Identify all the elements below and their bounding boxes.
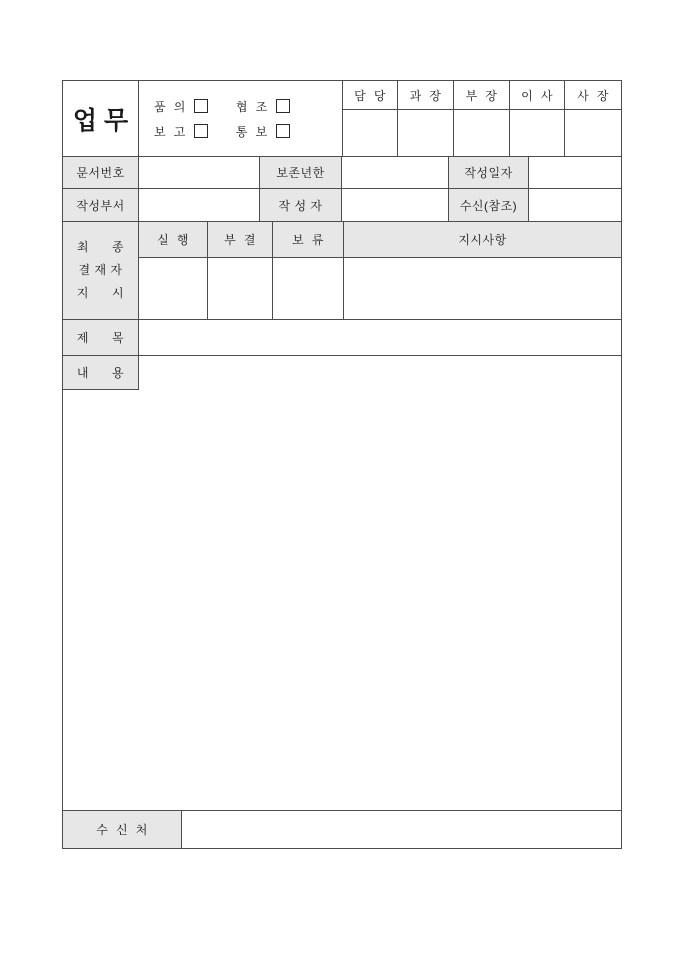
decision-box-execute[interactable] <box>138 257 208 320</box>
option-notice-label: 통 보 <box>236 123 268 140</box>
cc-field[interactable] <box>528 188 622 222</box>
decision-header-execute: 실 행 <box>138 221 208 258</box>
option-draft-approval[interactable]: 품 의 <box>154 98 208 115</box>
write-date-field[interactable] <box>528 156 622 189</box>
approval-header-director: 이 사 <box>509 80 565 110</box>
doc-number-field[interactable] <box>138 156 260 189</box>
final-approver-label-line3: 지 시 <box>77 282 124 305</box>
approval-sign-box-section-chief[interactable] <box>397 109 454 157</box>
option-cooperation-label: 협 조 <box>236 98 268 115</box>
option-draft-approval-label: 품 의 <box>154 98 186 115</box>
doc-type-options-cell: 품 의 협 조 보 고 통 보 <box>138 80 343 157</box>
option-report[interactable]: 보 고 <box>154 123 208 140</box>
option-cooperation[interactable]: 협 조 <box>236 98 290 115</box>
approval-sign-box-president[interactable] <box>564 109 622 157</box>
checkbox-icon[interactable] <box>276 99 290 113</box>
approval-sign-box-staff[interactable] <box>342 109 398 157</box>
approval-header-section-chief: 과 장 <box>397 80 454 110</box>
final-approver-label: 최 종 결 재 자 지 시 <box>62 221 139 320</box>
approval-header-president: 사 장 <box>564 80 622 110</box>
content-label: 내 용 <box>62 355 139 390</box>
retention-period-label: 보존년한 <box>259 156 342 189</box>
recipient-field[interactable] <box>181 810 622 849</box>
option-notice[interactable]: 통 보 <box>236 123 290 140</box>
form-title: 업무 <box>62 80 139 157</box>
instructions-header: 지시사항 <box>343 221 622 258</box>
content-field[interactable] <box>62 355 622 811</box>
doc-type-row-1: 품 의 협 조 <box>154 98 290 115</box>
writer-field[interactable] <box>341 188 449 222</box>
approval-sign-box-department-head[interactable] <box>453 109 510 157</box>
retention-period-field[interactable] <box>341 156 449 189</box>
final-approver-label-line1: 최 종 <box>77 236 124 259</box>
decision-box-reject[interactable] <box>207 257 273 320</box>
checkbox-icon[interactable] <box>194 124 208 138</box>
approval-sign-box-director[interactable] <box>509 109 565 157</box>
writer-label: 작 성 자 <box>259 188 342 222</box>
recipient-label: 수 신 처 <box>62 810 182 849</box>
doc-number-label: 문서번호 <box>62 156 139 189</box>
checkbox-icon[interactable] <box>194 99 208 113</box>
dept-label: 작성부서 <box>62 188 139 222</box>
page: { "document": { "bg_color": "#ffffff", "… <box>0 0 680 962</box>
write-date-label: 작성일자 <box>448 156 529 189</box>
subject-field[interactable] <box>138 319 622 356</box>
doc-type-row-2: 보 고 통 보 <box>154 123 290 140</box>
subject-label: 제 목 <box>62 319 139 356</box>
decision-header-reject: 부 결 <box>207 221 273 258</box>
approval-header-staff: 담 당 <box>342 80 398 110</box>
instructions-field[interactable] <box>343 257 622 320</box>
final-approver-label-line2: 결 재 자 <box>79 259 123 282</box>
decision-header-hold: 보 류 <box>272 221 344 258</box>
dept-field[interactable] <box>138 188 260 222</box>
business-approval-form: 업무 품 의 협 조 보 고 통 보 담 당 과 장 부 장 <box>62 80 622 849</box>
decision-box-hold[interactable] <box>272 257 344 320</box>
checkbox-icon[interactable] <box>276 124 290 138</box>
approval-header-department-head: 부 장 <box>453 80 510 110</box>
cc-label: 수신(참조) <box>448 188 529 222</box>
option-report-label: 보 고 <box>154 123 186 140</box>
